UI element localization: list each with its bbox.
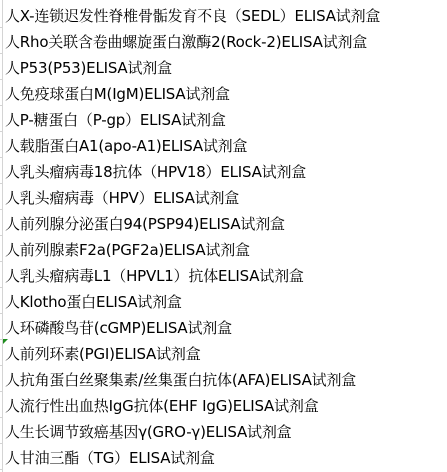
table-row[interactable]: 人P-糖蛋白（P-gp）ELISA试剂盒 bbox=[0, 106, 447, 132]
table-row[interactable]: 人前列环素(PGI)ELISA试剂盒 bbox=[0, 340, 447, 366]
cell[interactable]: 人免疫球蛋白M(IgM)ELISA试剂盒 bbox=[5, 82, 230, 106]
cell[interactable]: 人P-糖蛋白（P-gp）ELISA试剂盒 bbox=[5, 108, 226, 132]
cell[interactable]: 人前列环素(PGI)ELISA试剂盒 bbox=[5, 342, 201, 366]
cell[interactable]: 人前列腺素F2a(PGF2a)ELISA试剂盒 bbox=[5, 238, 250, 262]
table-row[interactable]: 人P53(P53)ELISA试剂盒 bbox=[0, 54, 447, 80]
table-row[interactable]: 人前列腺分泌蛋白94(PSP94)ELISA试剂盒 bbox=[0, 210, 447, 236]
cell[interactable]: 人乳头瘤病毒（HPV）ELISA试剂盒 bbox=[5, 186, 239, 210]
cell-indicator-triangle-icon bbox=[3, 339, 8, 344]
table-row[interactable]: 人前列腺素F2a(PGF2a)ELISA试剂盒 bbox=[0, 236, 447, 262]
cell[interactable]: 人前列腺分泌蛋白94(PSP94)ELISA试剂盒 bbox=[5, 212, 285, 236]
cell[interactable]: 人Klotho蛋白ELISA试剂盒 bbox=[5, 290, 182, 314]
cell[interactable]: 人生长调节致癌基因γ(GRO-γ)ELISA试剂盒 bbox=[5, 420, 291, 444]
table-row[interactable]: 人X-连锁迟发性脊椎骨骺发育不良（SEDL）ELISA试剂盒 bbox=[0, 2, 447, 28]
table-row[interactable]: 人载脂蛋白A1(apo-A1)ELISA试剂盒 bbox=[0, 132, 447, 158]
table-row[interactable]: 人乳头瘤病毒L1（HPVL1）抗体ELISA试剂盒 bbox=[0, 262, 447, 288]
spreadsheet-column: 人X-连锁迟发性脊椎骨骺发育不良（SEDL）ELISA试剂盒 人Rho关联含卷曲… bbox=[0, 0, 447, 472]
table-row[interactable]: 人乳头瘤病毒18抗体（HPV18）ELISA试剂盒 bbox=[0, 158, 447, 184]
cell[interactable]: 人X-连锁迟发性脊椎骨骺发育不良（SEDL）ELISA试剂盒 bbox=[5, 4, 380, 28]
table-row[interactable]: 人Klotho蛋白ELISA试剂盒 bbox=[0, 288, 447, 314]
table-row[interactable]: 人生长调节致癌基因γ(GRO-γ)ELISA试剂盒 bbox=[0, 418, 447, 444]
table-row[interactable]: 人乳头瘤病毒（HPV）ELISA试剂盒 bbox=[0, 184, 447, 210]
table-row[interactable]: 人甘油三酯（TG）ELISA试剂盒 bbox=[0, 444, 447, 470]
cell[interactable]: 人抗角蛋白丝聚集素/丝集蛋白抗体(AFA)ELISA试剂盒 bbox=[5, 368, 356, 392]
cell[interactable]: 人环磷酸鸟苷(cGMP)ELISA试剂盒 bbox=[5, 316, 232, 340]
cell[interactable]: 人乳头瘤病毒18抗体（HPV18）ELISA试剂盒 bbox=[5, 160, 306, 184]
row-gridline bbox=[0, 469, 3, 470]
cell[interactable]: 人流行性出血热IgG抗体(EHF IgG)ELISA试剂盒 bbox=[5, 394, 319, 418]
table-row[interactable]: 人流行性出血热IgG抗体(EHF IgG)ELISA试剂盒 bbox=[0, 392, 447, 418]
cell[interactable]: 人Rho关联含卷曲螺旋蛋白激酶2(Rock-2)ELISA试剂盒 bbox=[5, 30, 367, 54]
cell[interactable]: 人乳头瘤病毒L1（HPVL1）抗体ELISA试剂盒 bbox=[5, 264, 304, 288]
cell[interactable]: 人甘油三酯（TG）ELISA试剂盒 bbox=[5, 446, 215, 470]
table-row[interactable]: 人Rho关联含卷曲螺旋蛋白激酶2(Rock-2)ELISA试剂盒 bbox=[0, 28, 447, 54]
cell[interactable]: 人P53(P53)ELISA试剂盒 bbox=[5, 56, 172, 80]
table-row[interactable]: 人环磷酸鸟苷(cGMP)ELISA试剂盒 bbox=[0, 314, 447, 340]
table-row[interactable]: 人抗角蛋白丝聚集素/丝集蛋白抗体(AFA)ELISA试剂盒 bbox=[0, 366, 447, 392]
cell[interactable]: 人载脂蛋白A1(apo-A1)ELISA试剂盒 bbox=[5, 134, 247, 158]
table-row[interactable]: 人免疫球蛋白M(IgM)ELISA试剂盒 bbox=[0, 80, 447, 106]
